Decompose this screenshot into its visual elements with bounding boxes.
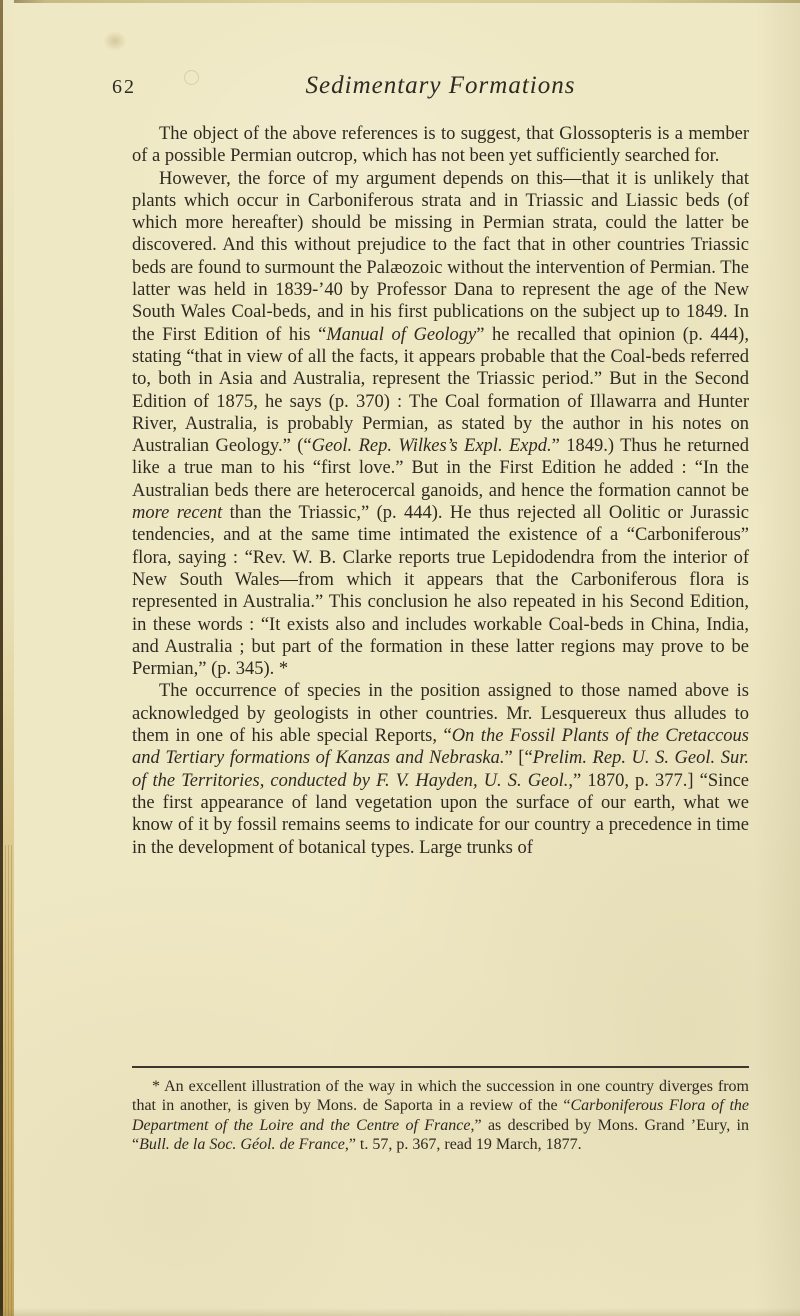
body-text-run: than the Triassic,” (p. 444). He thus re…: [132, 503, 749, 679]
paragraph: However, the force of my argument depend…: [132, 168, 749, 681]
running-header: 62 Sedimentary Formations: [132, 72, 749, 102]
book-page-scan: 62 Sedimentary Formations The object of …: [0, 0, 800, 1316]
paragraph: * An excellent illustration of the way i…: [132, 1077, 749, 1154]
footnote-separator-rule: [132, 1066, 749, 1068]
scan-bottom-shading: [0, 1308, 800, 1316]
paragraph: The occurrence of species in the positio…: [132, 680, 749, 858]
body-text-run: ,” t. 57, p. 367, read 19 March, 1877.: [345, 1136, 582, 1153]
body-text-run: The object of the above references is to…: [132, 124, 749, 166]
paragraph: The object of the above references is to…: [132, 123, 749, 168]
body-text-run: ” [“: [505, 748, 533, 768]
italic-citation-text: Manual of Geology: [326, 325, 476, 345]
body-text-run: However, the force of my argument depend…: [132, 169, 749, 345]
italic-citation-text: more recent: [132, 503, 222, 523]
scan-left-edge-line: [0, 0, 3, 1316]
scan-top-edge: [0, 0, 800, 3]
footnote-text: * An excellent illustration of the way i…: [132, 1077, 749, 1154]
paper-stain: [103, 31, 127, 51]
running-title: Sedimentary Formations: [132, 72, 749, 100]
book-page-edge-striations: [2, 845, 14, 1316]
italic-citation-text: Bull. de la Soc. Géol. de France: [139, 1136, 345, 1153]
body-text: The object of the above references is to…: [132, 123, 749, 859]
italic-citation-text: Geol. Rep. Wilkes’s Expl. Expd.: [312, 436, 552, 456]
